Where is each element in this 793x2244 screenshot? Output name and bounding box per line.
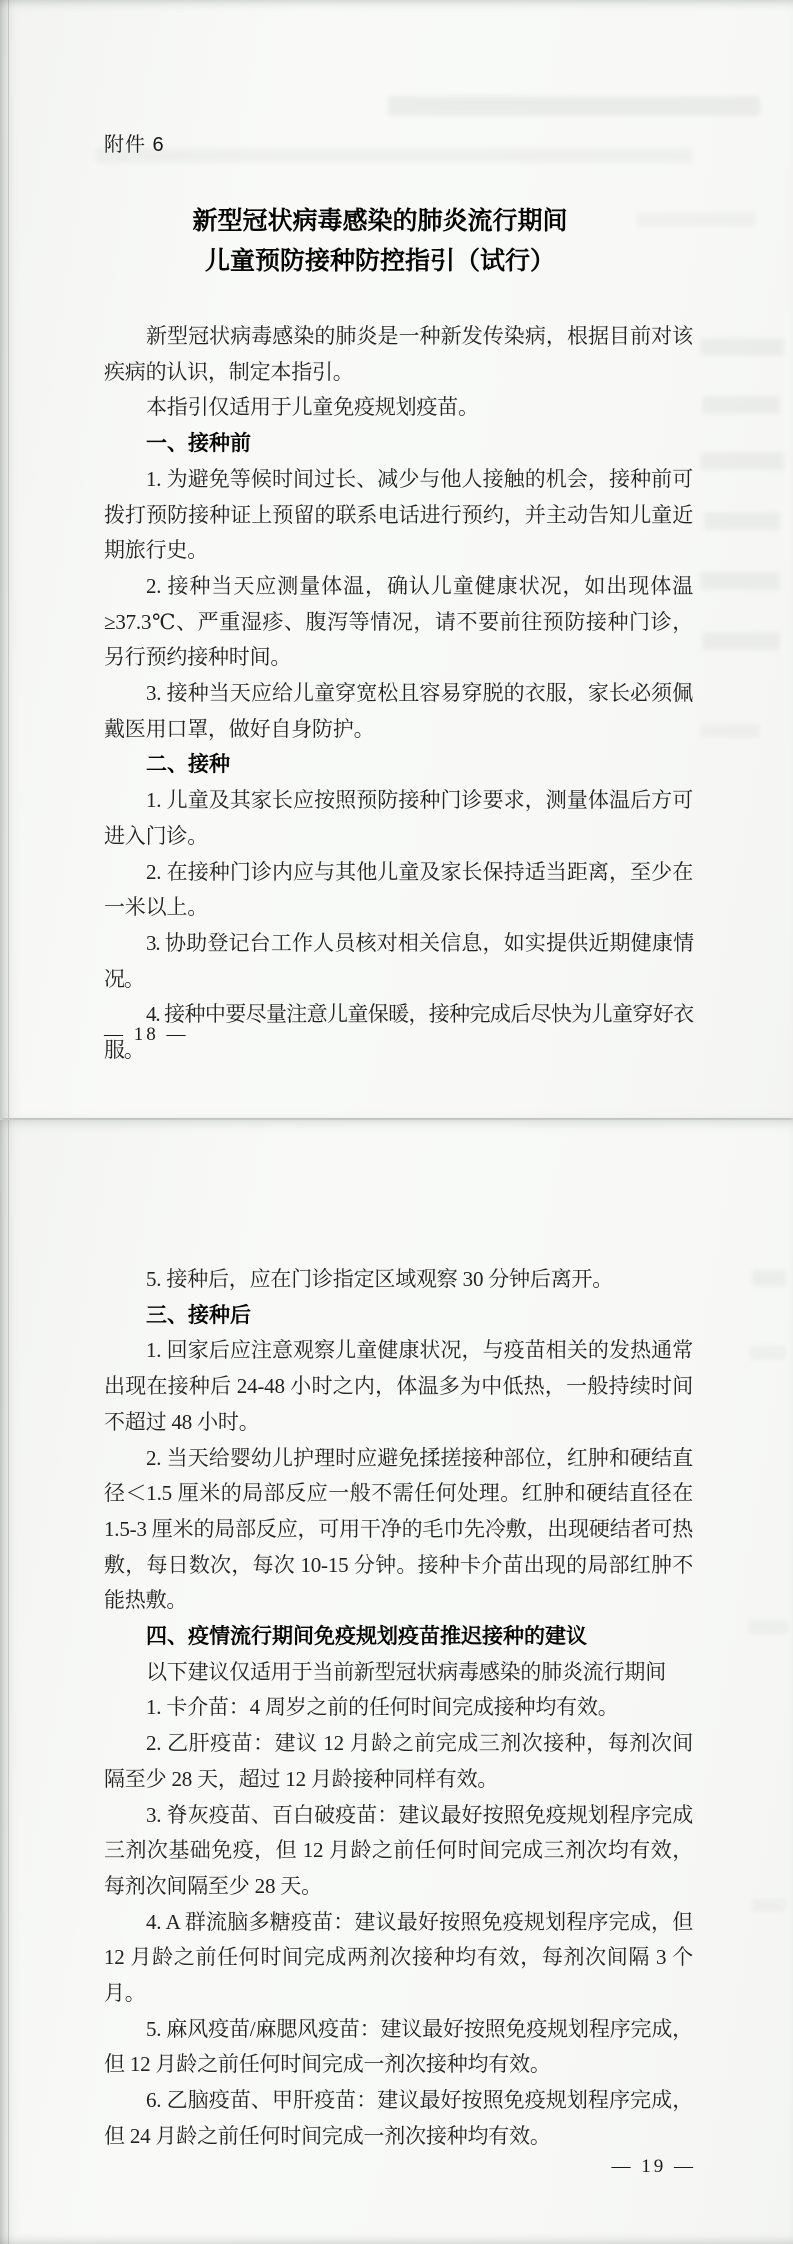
page-19-body: 5. 接种后，应在门诊指定区域观察 30 分钟后离开。 三、接种后 1. 回家后… — [104, 1262, 693, 2155]
bleedthrough-smudge — [700, 724, 760, 738]
document-title-line-1: 新型冠状病毒感染的肺炎流行期间 — [90, 201, 670, 241]
paragraph: 新型冠状病毒感染的肺炎是一种新发传染病，根据目前对该疾病的认识，制定本指引。 — [104, 319, 693, 390]
paragraph: 4. A 群流脑多糖疫苗：建议最好按照免疫规划程序完成，但 12 月龄之前任何时… — [104, 1905, 693, 2012]
paragraph: 1. 回家后应注意观察儿童健康状况，与疫苗相关的发热通常出现在接种后 24-48… — [104, 1333, 693, 1440]
document-page-18: 附件 6 新型冠状病毒感染的肺炎流行期间 儿童预防接种防控指引（试行） 新型冠状… — [0, 0, 793, 1118]
section-heading: 四、疫情流行期间免疫规划疫苗推迟接种的建议 — [104, 1619, 693, 1655]
paragraph: 2. 接种当天应测量体温，确认儿童健康状况，如出现体温≥37.3℃、严重湿疹、腹… — [104, 569, 693, 676]
paragraph: 以下建议仅适用于当前新型冠状病毒感染的肺炎流行期间 — [104, 1655, 693, 1691]
page-number: — 19 — — [612, 2156, 697, 2178]
bleedthrough-smudge — [702, 396, 780, 414]
paragraph: 本指引仅适用于儿童免疫规划疫苗。 — [104, 390, 693, 426]
paragraph: 3. 脊灰疫苗、百白破疫苗：建议最好按照免疫规划程序完成三剂次基础免疫，但 12… — [104, 1798, 693, 1905]
bleedthrough-smudge — [748, 1620, 788, 1634]
paragraph: 1. 卡介苗：4 周岁之前的任何时间完成接种均有效。 — [104, 1690, 693, 1726]
bleedthrough-smudge — [700, 338, 784, 356]
bleedthrough-smudge — [636, 212, 756, 227]
paragraph: 1. 儿童及其家长应按照预防接种门诊要求，测量体温后方可进入门诊。 — [104, 783, 693, 854]
section-heading: 二、接种 — [104, 747, 693, 783]
paragraph: 1. 为避免等候时间过长、减少与他人接触的机会，接种前可拨打预防接种证上预留的联… — [104, 462, 693, 569]
section-heading: 一、接种前 — [104, 426, 693, 462]
bleedthrough-smudge — [750, 1346, 786, 1360]
scanned-document: 附件 6 新型冠状病毒感染的肺炎流行期间 儿童预防接种防控指引（试行） 新型冠状… — [0, 0, 793, 2244]
page-18-body: 新型冠状病毒感染的肺炎是一种新发传染病，根据目前对该疾病的认识，制定本指引。 本… — [104, 319, 693, 1069]
bleedthrough-smudge — [96, 148, 692, 163]
bleedthrough-smudge — [704, 512, 780, 530]
section-heading: 三、接种后 — [104, 1298, 693, 1334]
document-title: 新型冠状病毒感染的肺炎流行期间 儿童预防接种防控指引（试行） — [90, 201, 670, 281]
page-number: — 18 — — [104, 1024, 189, 1046]
bleedthrough-smudge — [700, 572, 780, 590]
document-page-19: 5. 接种后，应在门诊指定区域观察 30 分钟后离开。 三、接种后 1. 回家后… — [0, 1120, 793, 2244]
paragraph: 2. 在接种门诊内应与其他儿童及家长保持适当距离，至少在一米以上。 — [104, 855, 693, 926]
paragraph: 2. 当天给婴幼儿护理时应避免揉搓接种部位，红肿和硬结直径＜1.5 厘米的局部反… — [104, 1441, 693, 1620]
paragraph: 2. 乙肝疫苗：建议 12 月龄之前完成三剂次接种，每剂次间隔至少 28 天，超… — [104, 1726, 693, 1797]
paragraph: 4. 接种中要尽量注意儿童保暖，接种完成后尽快为儿童穿好衣服。 — [104, 997, 693, 1068]
bleedthrough-smudge — [702, 632, 780, 650]
document-title-line-2: 儿童预防接种防控指引（试行） — [90, 241, 670, 281]
paragraph: 6. 乙脑疫苗、甲肝疫苗：建议最好按照免疫规划程序完成，但 24 月龄之前任何时… — [104, 2083, 693, 2154]
paragraph: 3. 协助登记台工作人员核对相关信息，如实提供近期健康情况。 — [104, 926, 693, 997]
paragraph: 3. 接种当天应给儿童穿宽松且容易穿脱的衣服，家长必须佩戴医用口罩，做好自身防护… — [104, 676, 693, 747]
bleedthrough-smudge — [752, 1898, 786, 1912]
bleedthrough-smudge — [752, 1270, 786, 1286]
paragraph: 5. 麻风疫苗/麻腮风疫苗：建议最好按照免疫规划程序完成，但 12 月龄之前任何… — [104, 2012, 693, 2083]
paragraph: 5. 接种后，应在门诊指定区域观察 30 分钟后离开。 — [104, 1262, 693, 1298]
bleedthrough-smudge — [700, 452, 784, 470]
bleedthrough-smudge — [388, 96, 760, 116]
